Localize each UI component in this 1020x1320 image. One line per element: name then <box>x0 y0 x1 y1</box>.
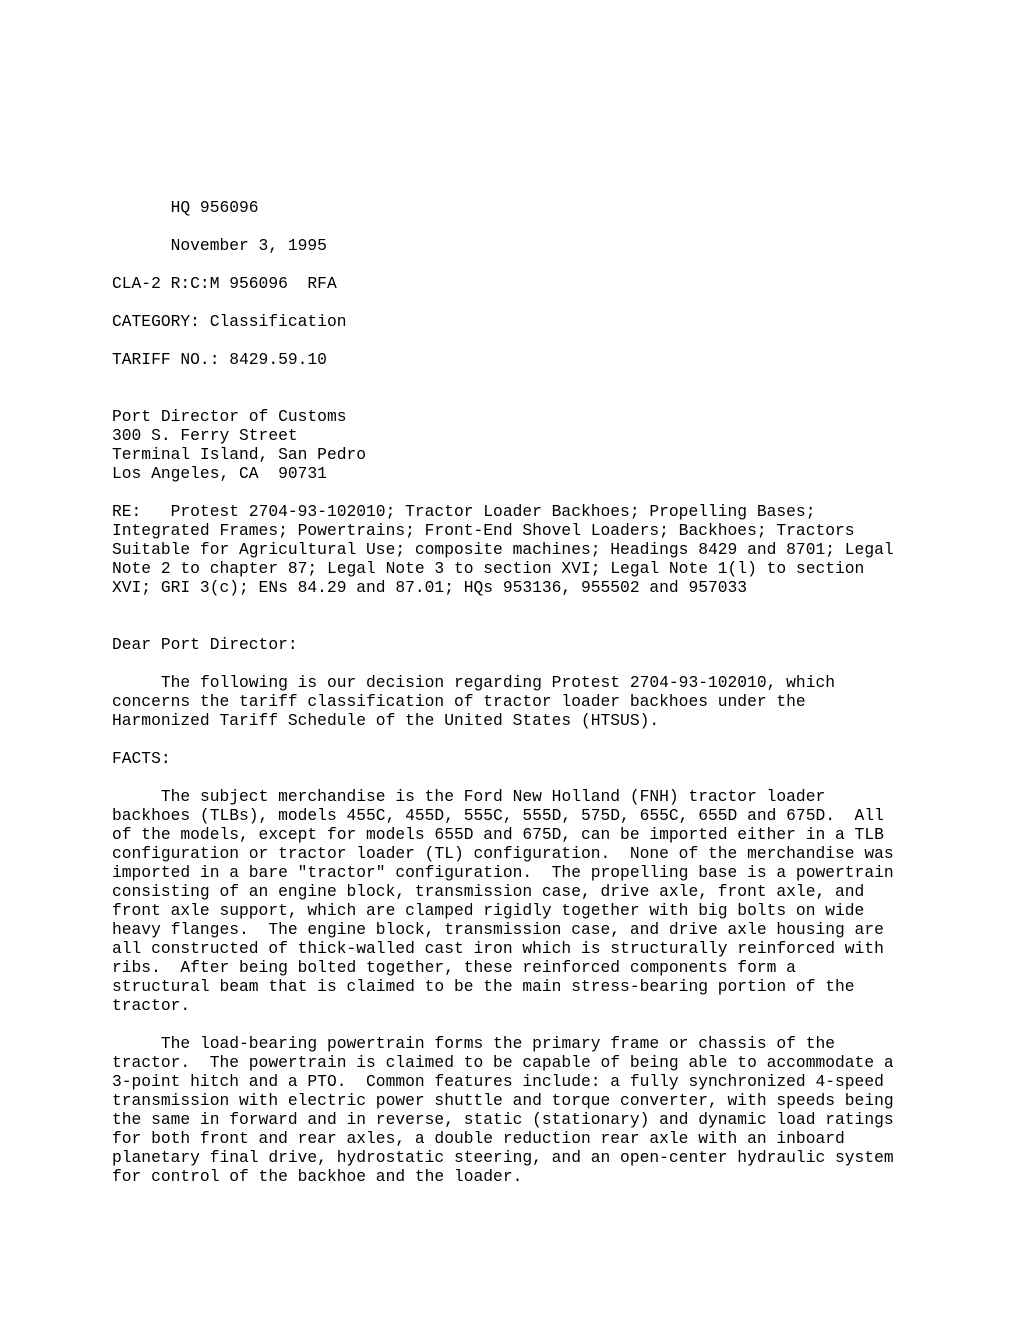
recipient-address-block: Port Director of Customs 300 S. Ferry St… <box>112 407 942 483</box>
intro-paragraph: The following is our decision regarding … <box>112 673 942 730</box>
file-reference-line: CLA-2 R:C:M 956096 RFA <box>112 274 942 293</box>
date-line: November 3, 1995 <box>112 236 942 255</box>
facts-paragraph-2: The load-bearing powertrain forms the pr… <box>112 1034 942 1186</box>
tariff-number-line: TARIFF NO.: 8429.59.10 <box>112 350 942 369</box>
hq-number-line: HQ 956096 <box>112 198 942 217</box>
facts-heading: FACTS: <box>112 749 942 768</box>
document-page: HQ 956096 November 3, 1995 CLA-2 R:C:M 9… <box>0 0 1020 1320</box>
re-subject-block: RE: Protest 2704-93-102010; Tractor Load… <box>112 502 942 597</box>
facts-paragraph-1: The subject merchandise is the Ford New … <box>112 787 942 1015</box>
category-line: CATEGORY: Classification <box>112 312 942 331</box>
salutation-line: Dear Port Director: <box>112 635 942 654</box>
